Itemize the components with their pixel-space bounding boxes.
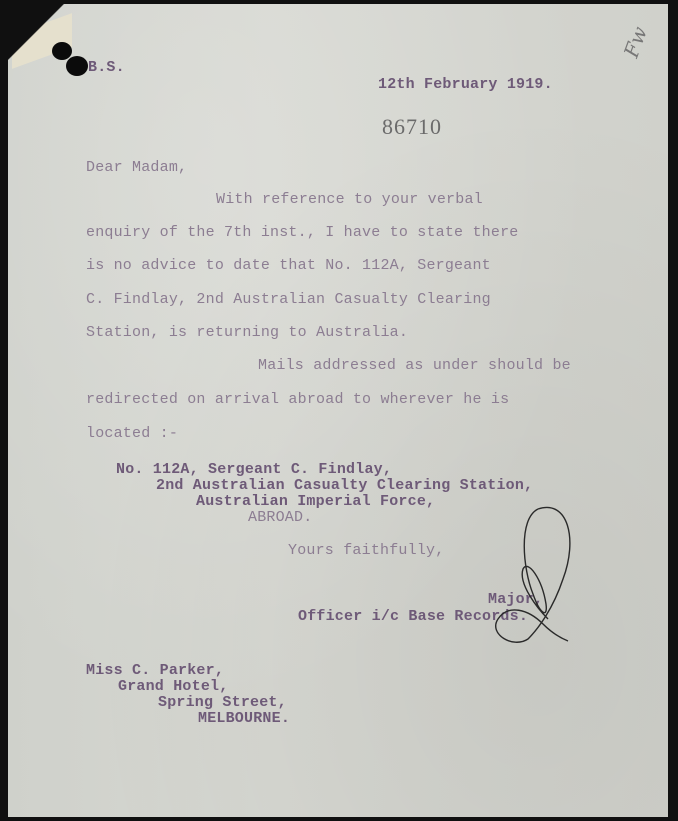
letter-date: 12th February 1919. — [378, 76, 553, 93]
file-number-stamp: 86710 — [382, 114, 442, 140]
body-line: With reference to your verbal — [216, 191, 483, 208]
salutation: Dear Madam, — [86, 159, 187, 176]
reference-code: B.S. — [88, 59, 125, 76]
folded-corner — [0, 0, 80, 60]
body-line: C. Findlay, 2nd Australian Casualty Clea… — [86, 291, 491, 308]
closing: Yours faithfully, — [288, 542, 444, 559]
recipient-address-line: Grand Hotel, — [118, 678, 228, 695]
body-line: is no advice to date that No. 112A, Serg… — [86, 257, 491, 274]
mail-address-line: No. 112A, Sergeant C. Findlay, — [116, 461, 392, 478]
pencil-annotation: Fw — [619, 23, 652, 60]
recipient-address-line: MELBOURNE. — [198, 710, 290, 727]
mail-address-line: 2nd Australian Casualty Clearing Station… — [156, 477, 533, 494]
recipient-address-line: Miss C. Parker, — [86, 662, 224, 679]
body-line: enquiry of the 7th inst., I have to stat… — [86, 224, 518, 241]
body-line: Mails addressed as under should be — [258, 357, 571, 374]
recipient-address-line: Spring Street, — [158, 694, 287, 711]
letter-page: B.S. 12th February 1919. 86710 Fw Dear M… — [8, 4, 668, 817]
mail-address-line: ABROAD. — [248, 509, 312, 526]
body-line: Station, is returning to Australia. — [86, 324, 408, 341]
body-line: located :- — [86, 425, 178, 442]
body-line: redirected on arrival abroad to wherever… — [86, 391, 509, 408]
mail-address-line: Australian Imperial Force, — [196, 493, 435, 510]
signature-icon — [468, 499, 588, 649]
